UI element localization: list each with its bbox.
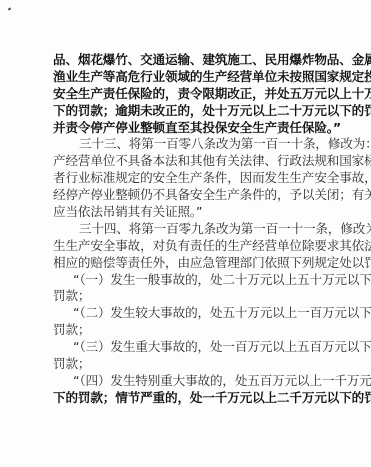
text-line: 相应的赔偿等责任外，由应急管理部门依照下列规定处以罚款： [53, 255, 319, 272]
text-line: 并责令停产停业整顿直至其投保安全生产责任保险。” [53, 120, 319, 137]
scan-speck [8, 7, 12, 10]
text-line: 罚款； [53, 288, 319, 305]
text-line: 者行业标准规定的安全生产条件，因而发生生产安全事故，或者 [53, 170, 319, 187]
clause-2: “（二）发生较大事故的，处五十万元以上一百万元以下的 [53, 305, 319, 322]
text-line: 应当依法吊销其有关证照。” [53, 204, 319, 221]
paragraph-33-start: 三十三、将第一百零八条改为第一百一十条，修改为：“生 [53, 136, 319, 153]
text-line: 产经营单位不具备本法和其他有关法律、行政法规和国家标准或 [53, 153, 319, 170]
text-line: 下的罚款；逾期未改正的，处十万元以上二十万元以下的罚款， [53, 103, 319, 120]
paragraph-34-start: 三十四、将第一百零九条改为第一百一十一条，修改为：“发 [53, 221, 319, 238]
clause-4: “（四）发生特别重大事故的，处五百万元以上一千万元以 [53, 373, 319, 390]
clause-1: “（一）发生一般事故的，处二十万元以上五十万元以下的 [53, 272, 319, 289]
clause-3: “（三）发生重大事故的，处一百万元以上五百万元以下的 [53, 339, 319, 356]
text-line: 下的罚款；情节严重的，处一千万元以上二千万元以下的罚款。 [53, 390, 319, 407]
text-line: 生生产安全事故，对负有责任的生产经营单位除要求其依法承担 [53, 238, 319, 255]
text-line: 品、烟花爆竹、交通运输、建筑施工、民用爆炸物品、金属冶炼、 [53, 52, 319, 69]
text-line: 罚款； [53, 356, 319, 373]
text-line: 罚款； [53, 322, 319, 339]
document-page: 品、烟花爆竹、交通运输、建筑施工、民用爆炸物品、金属冶炼、 渔业生产等高危行业领… [53, 52, 319, 407]
text-line: 渔业生产等高危行业领域的生产经营单位未按照国家规定投保 [53, 69, 319, 86]
text-line: 安全生产责任保险的，责令限期改正，并处五万元以上十万元以 [53, 86, 319, 103]
text-line: 经停产停业整顿仍不具备安全生产条件的，予以关闭；有关部门 [53, 187, 319, 204]
